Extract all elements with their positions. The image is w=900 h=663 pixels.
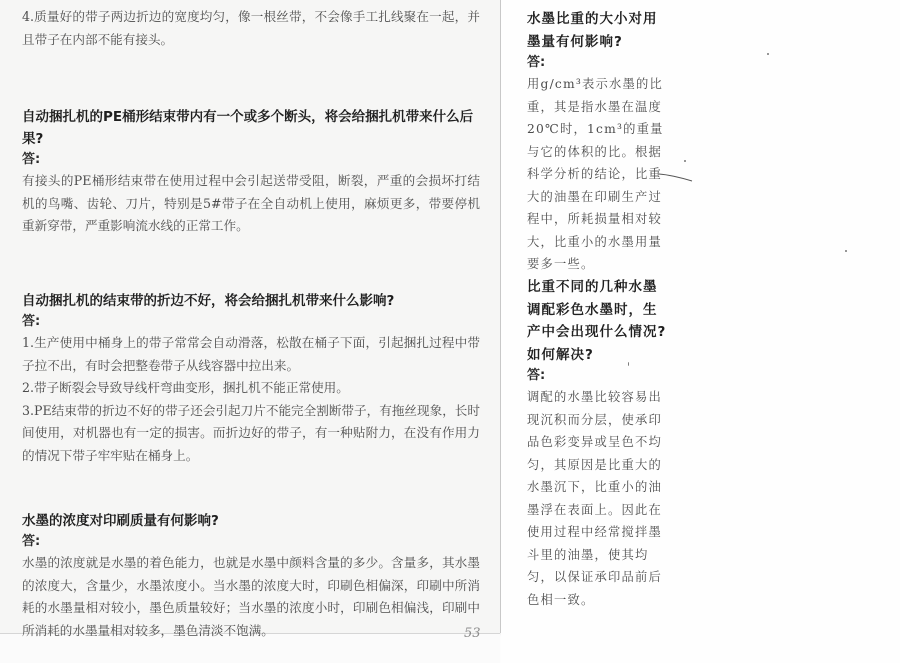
answer-label: 答: xyxy=(22,150,480,170)
pen-stroke-mark xyxy=(658,172,694,182)
scan-speck xyxy=(684,160,686,162)
question-heading: 自动捆扎机的PE桶形结束带内有一个或多个断头，将会给捆扎机带来什么后果? xyxy=(22,106,480,150)
scan-speck xyxy=(628,362,629,366)
answer-label: 答: xyxy=(22,532,480,552)
question-heading: 水墨比重的大小对用墨量有何影响? xyxy=(527,8,671,53)
answer-paragraph: 有接头的PE桶形结束带在使用过程中会引起送带受阻，断裂，严重的会损坏打结机的鸟嘴… xyxy=(22,170,480,238)
scan-speck xyxy=(767,53,769,55)
answer-label: 答: xyxy=(527,53,671,73)
question-heading: 比重不同的几种水墨调配彩色水墨时，生产中会出现什么情况?如何解决? xyxy=(527,276,671,366)
qa-section-ink-concentration: 水墨的浓度对印刷质量有何影响? 答: 水墨的浓度就是水墨的着色能力，也就是水墨中… xyxy=(22,510,480,642)
answer-label: 答: xyxy=(527,366,671,386)
answer-item-2: 2.带子断裂会导致导线杆弯曲变形，捆扎机不能正常使用。 xyxy=(22,377,480,400)
answer-item-3: 3.PE结束带的折边不好的带子还会引起刀片不能完全割断带子，有拖丝现象，长时间使… xyxy=(22,400,480,468)
qa-section-mixing-inks: 比重不同的几种水墨调配彩色水墨时，生产中会出现什么情况?如何解决? 答: 调配的… xyxy=(527,276,671,611)
answer-paragraph: 用g/cm³表示水墨的比重，其是指水墨在温度20℃时，1cm³的重量与它的体积的… xyxy=(527,73,671,276)
question-heading: 水墨的浓度对印刷质量有何影响? xyxy=(22,510,480,532)
answer-item-1: 1.生产使用中桶身上的带子常常会自动滑落，松散在桶子下面，引起捆扎过程中带子拉不… xyxy=(22,332,480,377)
scan-speck xyxy=(845,250,847,252)
answer-paragraph: 调配的水墨比较容易出现沉积而分层，使承印品色彩变异或呈色不均匀，其原因是比重大的… xyxy=(527,386,671,611)
question-heading: 自动捆扎机的结束带的折边不好，将会给捆扎机带来什么影响? xyxy=(22,290,480,312)
qa-section-fold-edge: 自动捆扎机的结束带的折边不好，将会给捆扎机带来什么影响? 答: 1.生产使用中桶… xyxy=(22,290,480,467)
qa-section-broken-strap: 自动捆扎机的PE桶形结束带内有一个或多个断头，将会给捆扎机带来什么后果? 答: … xyxy=(22,106,480,238)
answer-label: 答: xyxy=(22,312,480,332)
qa-section-ink-specific-gravity: 水墨比重的大小对用墨量有何影响? 答: 用g/cm³表示水墨的比重，其是指水墨在… xyxy=(527,8,671,276)
answer-paragraph: 水墨的浓度就是水墨的着色能力，也就是水墨中颜料含量的多少。含量多，其水墨的浓度大… xyxy=(22,552,480,642)
intro-item: 4.质量好的带子两边折边的宽度均匀，像一根丝带，不会像手工扎线聚在一起，并且带子… xyxy=(22,6,480,51)
intro-paragraph: 4.质量好的带子两边折边的宽度均匀，像一根丝带，不会像手工扎线聚在一起，并且带子… xyxy=(22,6,480,51)
page-number: 53 xyxy=(464,626,481,641)
